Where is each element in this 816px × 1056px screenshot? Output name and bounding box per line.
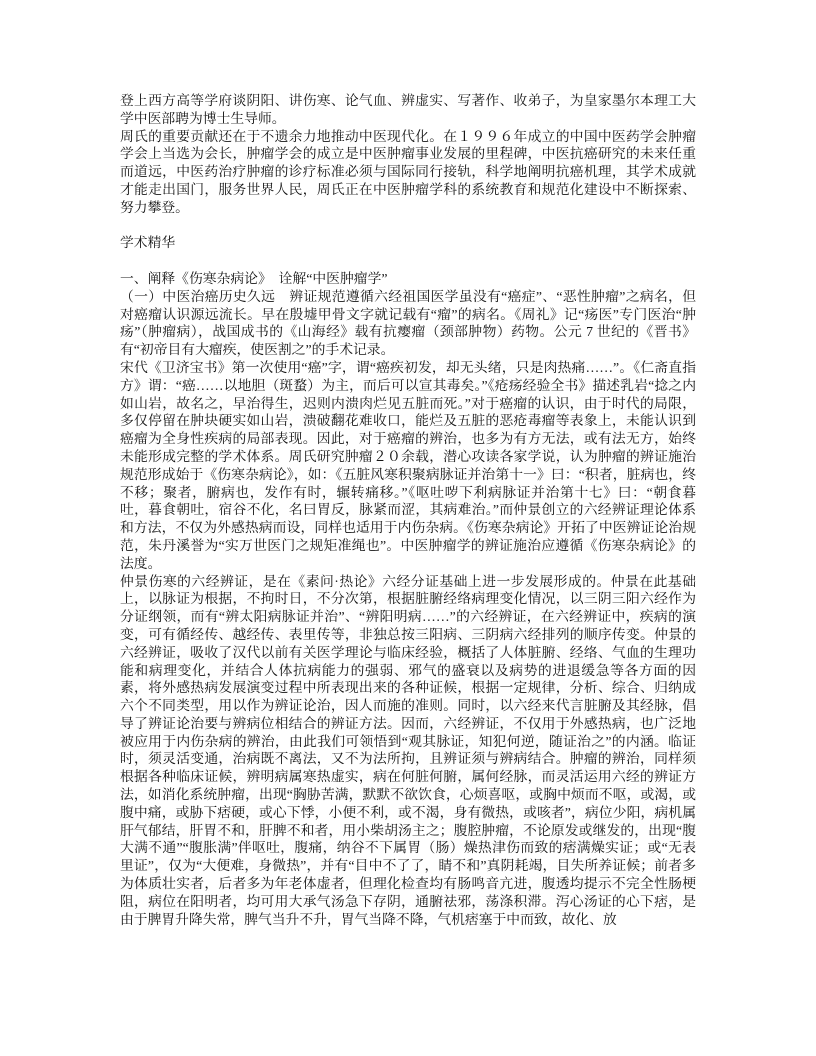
- section-heading-academic-essence: 学术精华: [120, 234, 696, 252]
- document-text: 登上西方高等学府谈阴阳、讲伤寒、论气血、辨虚实、写著作、收弟子，为皇家墨尔本理工…: [120, 92, 696, 928]
- document-page: 登上西方高等学府谈阴阳、讲伤寒、论气血、辨虚实、写著作、收弟子，为皇家墨尔本理工…: [0, 0, 816, 1056]
- paragraph-modernization-contribution: 周氏的重要贡献还在于不遗余力地推动中医现代化。在１９９６年成立的中国中医药学会肿…: [120, 128, 696, 217]
- blank-line: [120, 252, 696, 270]
- paragraph-liujing-bianzheng: 仲景伤寒的六经辨证，是在《素问·热论》六经分证基础上进一步发展形成的。仲景在此基…: [120, 573, 696, 929]
- subsection-heading-shanghan: 一、阐释《伤寒杂病论》 诠解“中医肿瘤学”: [120, 270, 696, 288]
- paragraph-professor-intro: 登上西方高等学府谈阴阳、讲伤寒、论气血、辨虚实、写著作、收弟子，为皇家墨尔本理工…: [120, 92, 696, 128]
- paragraph-cancer-history: （一）中医治癌历史久远 辨证规范遵循六经祖国医学虽没有“癌症”、“恶性肿瘤”之病…: [120, 288, 696, 359]
- blank-line: [120, 217, 696, 235]
- paragraph-song-dynasty-records: 宋代《卫济宝书》第一次使用“癌”字，谓“癌疾初发，却无头绪，只是肉热痛……”。《…: [120, 359, 696, 573]
